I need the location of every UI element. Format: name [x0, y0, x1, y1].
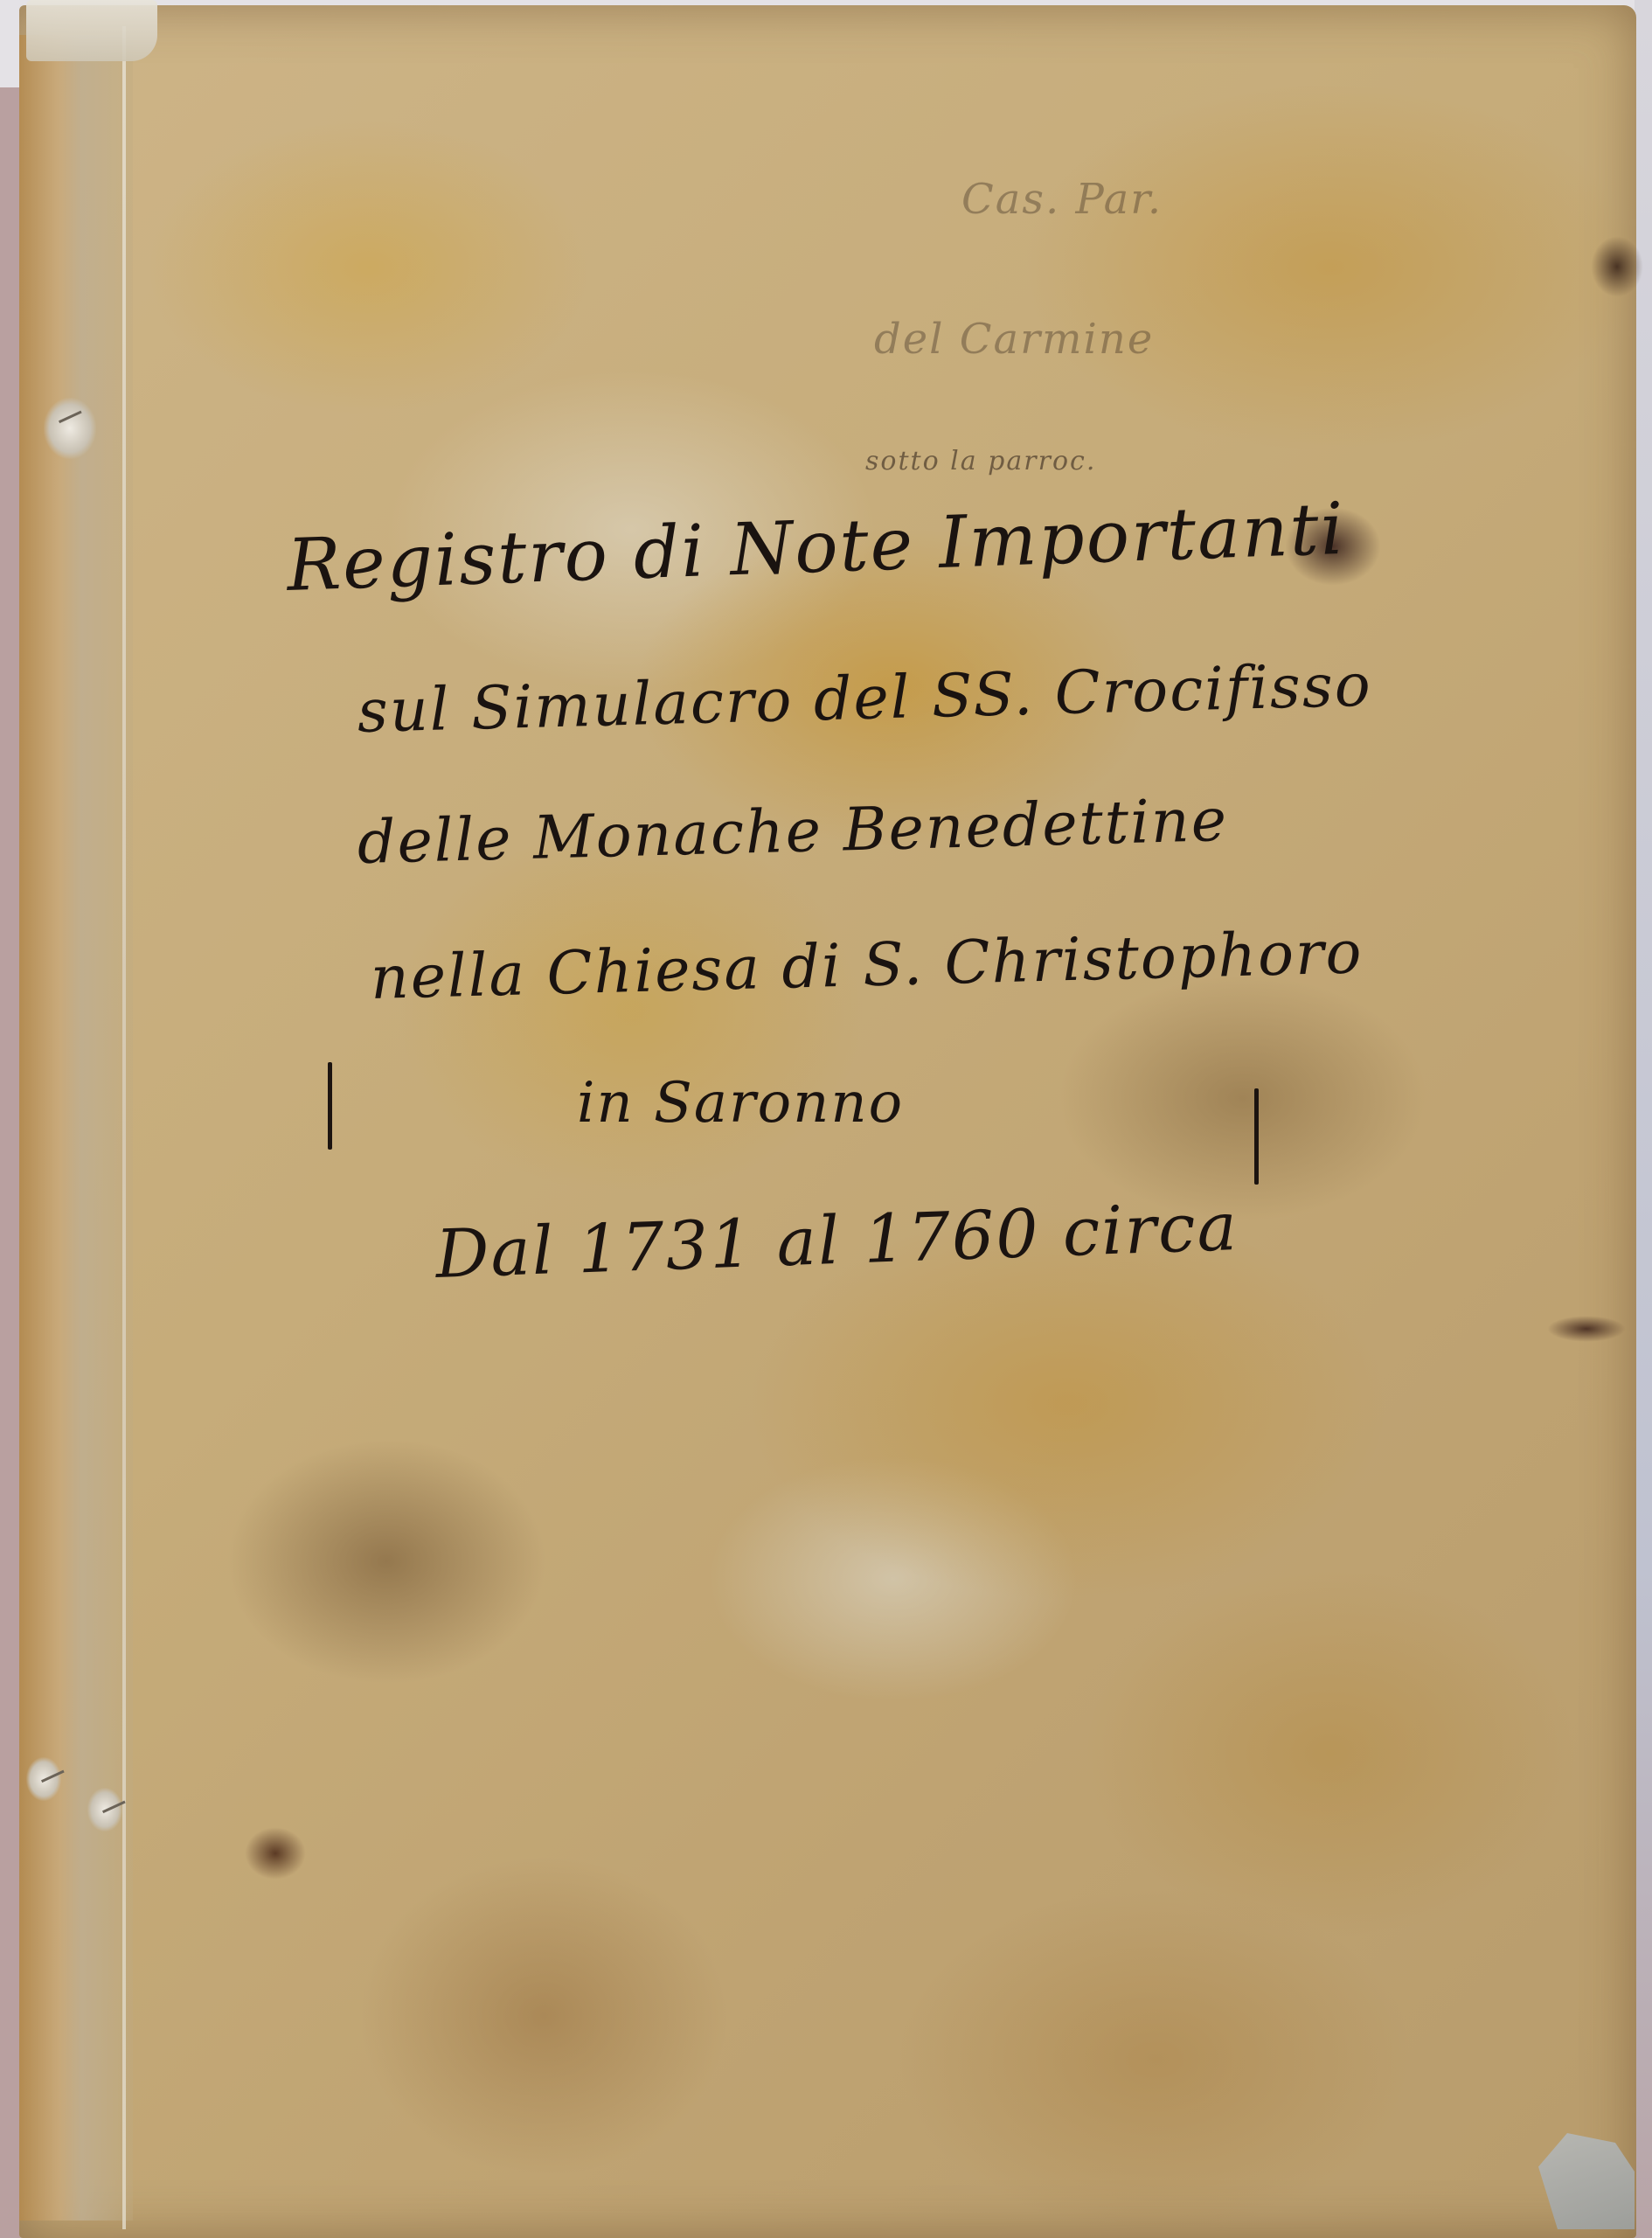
book-spine: [19, 35, 133, 2221]
dark-stain: [245, 1827, 306, 1880]
tie-slot-left: [328, 1062, 332, 1150]
tie-slot-right: [1254, 1088, 1259, 1185]
dark-stain: [1591, 236, 1643, 297]
spine-tie-top: [44, 398, 96, 459]
vellum-cover: [19, 5, 1636, 2238]
spine-tie-bottom-right: [87, 1788, 122, 1831]
background-wall-right: [1635, 0, 1652, 2238]
spine-fold-line: [122, 26, 126, 2229]
worn-top-corner: [26, 0, 157, 61]
ink-stain: [1285, 507, 1381, 586]
dark-stain: [1547, 1316, 1626, 1342]
spine-tie-bottom-left: [26, 1757, 61, 1801]
